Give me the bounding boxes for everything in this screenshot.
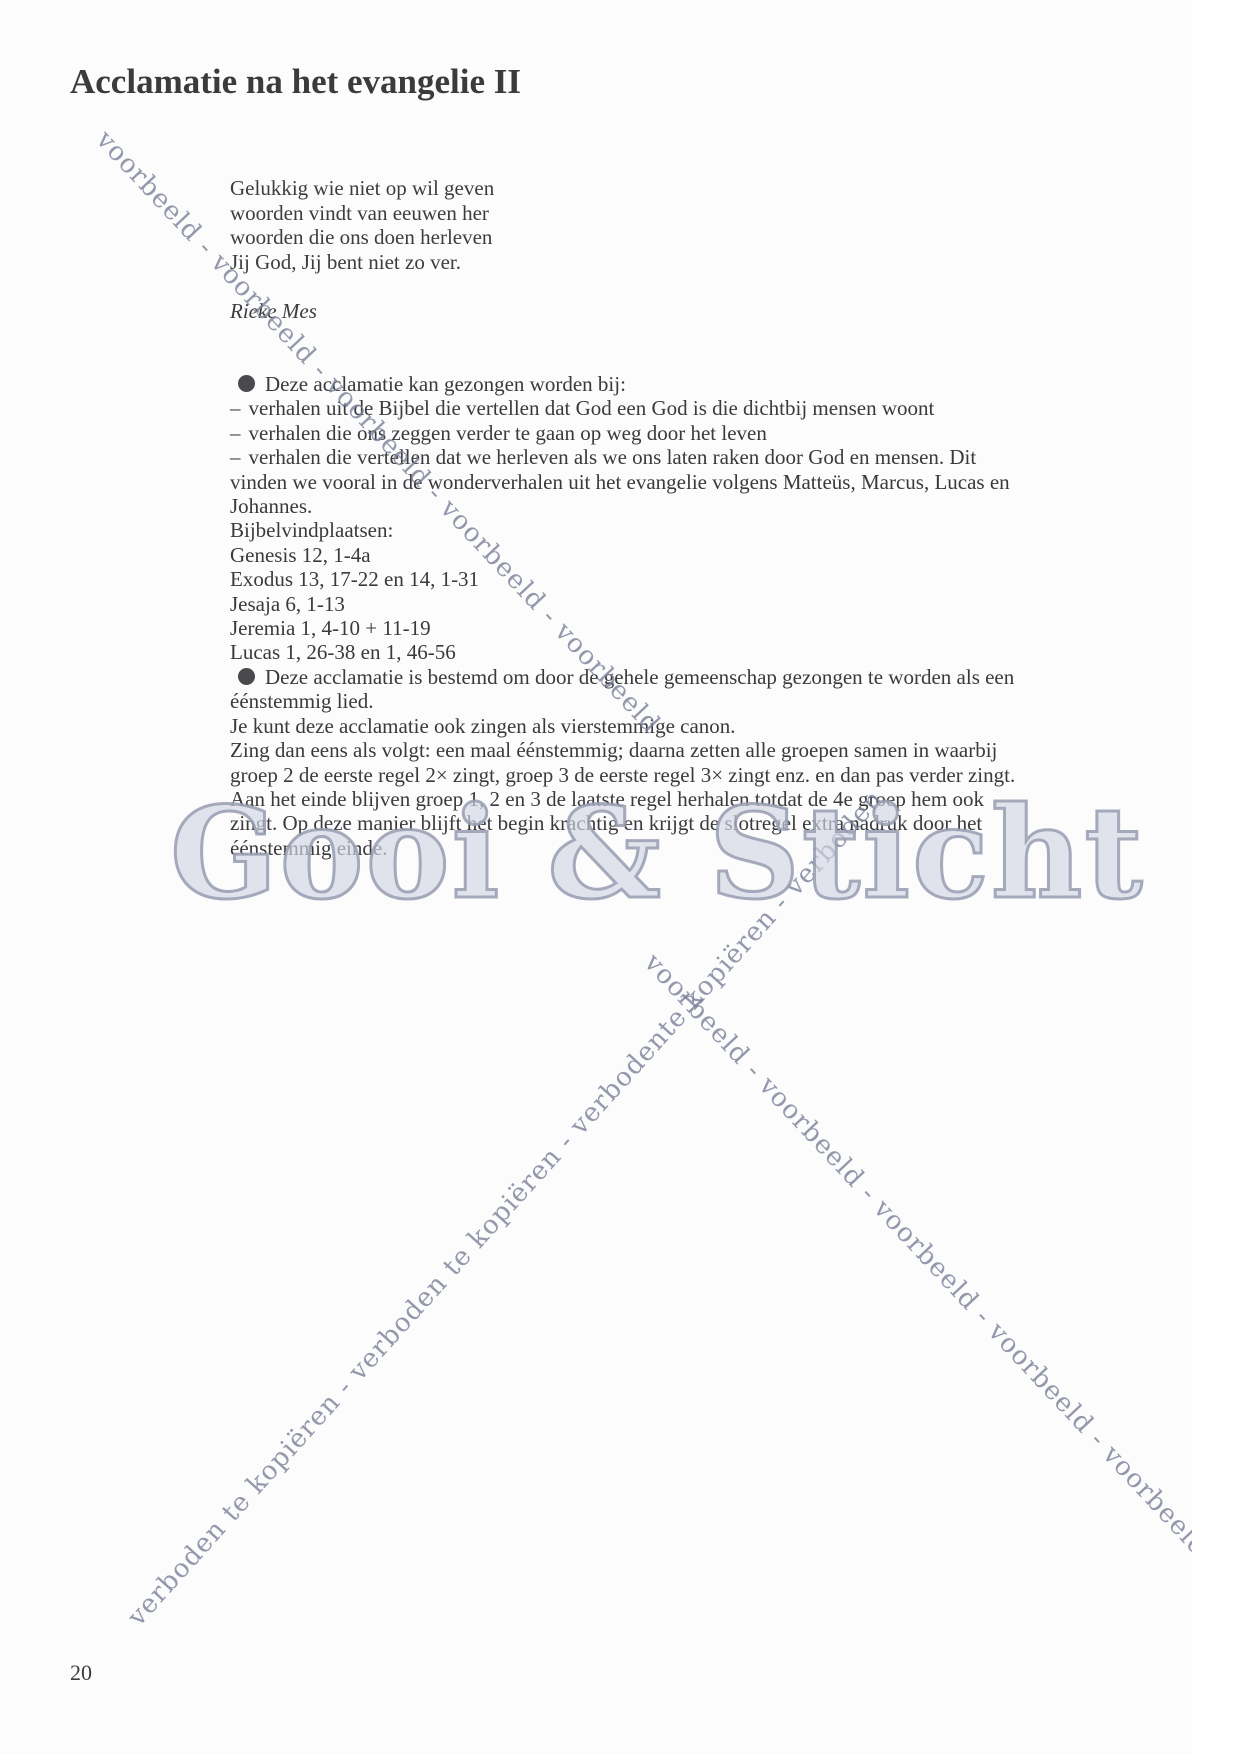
list-item: –verhalen die vertellen dat we herleven … (230, 445, 1130, 469)
page-title: Acclamatie na het evangelie II (70, 62, 521, 102)
text-line: Johannes. (230, 494, 1130, 518)
document-page: Acclamatie na het evangelie II Gelukkig … (0, 0, 1192, 1754)
text-line: éénstemmig lied. (230, 689, 1130, 713)
bible-reference: Jeremia 1, 4-10 + 11-19 (230, 616, 1130, 640)
poem-text: Gelukkig wie niet op wil geven woorden v… (230, 176, 494, 274)
text-line: groep 2 de eerste regel 2× zingt, groep … (230, 763, 1130, 787)
dash-icon: – (230, 445, 241, 469)
watermark-diagonal-voorbeeld-lower: voorbeeld - voorbeeld - voorbeeld - voor… (638, 948, 1192, 1563)
section2-intro: Deze acclamatie is bestemd om door de ge… (230, 665, 1130, 689)
list-item: –verhalen die ons zeggen verder te gaan … (230, 421, 1130, 445)
text-line: zingt. Op deze manier blijft het begin k… (230, 811, 1130, 835)
author-name: Rieke Mes (230, 299, 317, 324)
poem-line: woorden vindt van eeuwen her (230, 201, 494, 226)
bible-reference: Jesaja 6, 1-13 (230, 592, 1130, 616)
bible-reference: Exodus 13, 17-22 en 14, 1-31 (230, 567, 1130, 591)
text-line: vinden we vooral in de wonderverhalen ui… (230, 470, 1130, 494)
watermark-diagonal-verboden: verboden te kopiëren - verboden te kopië… (122, 784, 890, 1632)
text-line: éénstemmig einde. (230, 836, 1130, 860)
bullet-icon (238, 668, 255, 685)
dash-icon: – (230, 421, 241, 445)
page-number: 20 (70, 1660, 92, 1686)
section1-intro: Deze acclamatie kan gezongen worden bij: (230, 372, 1130, 396)
bible-reference: Genesis 12, 1-4a (230, 543, 1130, 567)
poem-line: woorden die ons doen herleven (230, 225, 494, 250)
bible-reference: Lucas 1, 26-38 en 1, 46-56 (230, 640, 1130, 664)
list-item: –verhalen uit de Bijbel die vertellen da… (230, 396, 1130, 420)
text-line: Aan het einde blijven groep 1, 2 en 3 de… (230, 787, 1130, 811)
poem-line: Gelukkig wie niet op wil geven (230, 176, 494, 201)
text-line: Zing dan eens als volgt: een maal éénste… (230, 738, 1130, 762)
dash-icon: – (230, 396, 241, 420)
instructions-text: Deze acclamatie kan gezongen worden bij:… (230, 372, 1130, 860)
references-label: Bijbelvindplaatsen: (230, 518, 1130, 542)
poem-line: Jij God, Jij bent niet zo ver. (230, 250, 494, 275)
text-line: Je kunt deze acclamatie ook zingen als v… (230, 714, 1130, 738)
bullet-icon (238, 375, 255, 392)
